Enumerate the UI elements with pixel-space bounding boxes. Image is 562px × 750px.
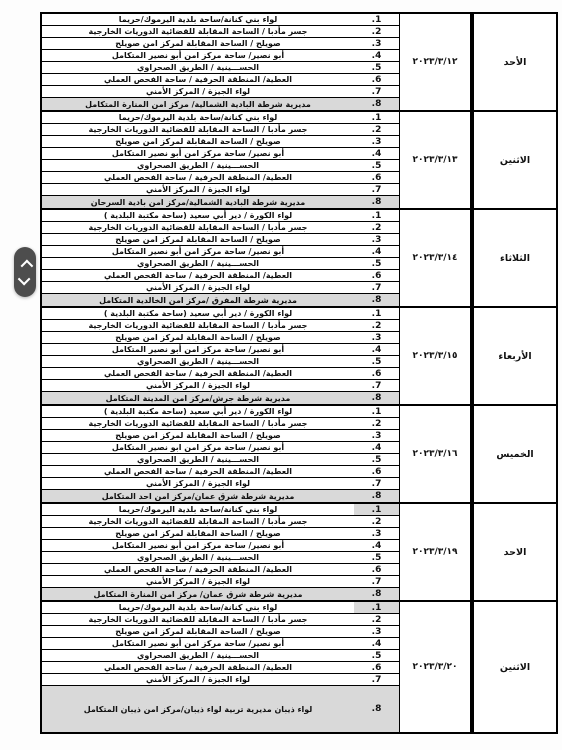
row-number: .3 bbox=[354, 332, 400, 344]
location-cell: العطية/ المنطقة الحرفية / ساحة الفحص الع… bbox=[42, 270, 354, 282]
schedule-table: الأحد٢٠٢٣/٣/١٢.1لواء بني كنانة/ساحة بلدي… bbox=[40, 12, 558, 734]
scroll-down-button[interactable] bbox=[19, 276, 31, 285]
row-number: .6 bbox=[354, 172, 400, 184]
row-number: .8 bbox=[354, 392, 400, 404]
row-number: .7 bbox=[354, 184, 400, 196]
location-cell: مديرية شرطة شرق عمان/مركز امن احد المتكا… bbox=[42, 490, 354, 502]
location-cell: لواء ذيبان مديرية تربية لواء ذيبان/مركز … bbox=[42, 686, 354, 732]
location-cell: صويلح / الساحة المقابلة لمركز امن صويلح bbox=[42, 136, 354, 148]
row-number: .6 bbox=[354, 662, 400, 674]
row-number: .2 bbox=[354, 26, 400, 38]
location-cell: لواء بني كنانة/ساحة بلدية اليرموك/حريما bbox=[42, 14, 354, 26]
row-number: .5 bbox=[354, 258, 400, 270]
row-number: .3 bbox=[354, 528, 400, 540]
row-number: .2 bbox=[354, 124, 400, 136]
location-cell: لواء الجيزة / المركز الأمني bbox=[42, 478, 354, 490]
row-number: .2 bbox=[354, 418, 400, 430]
location-cell: الحســـينية / الطريق الصحراوي bbox=[42, 650, 354, 662]
day-block: الاحد٢٠٢٣/٣/١٩.1لواء بني كنانة/ساحة بلدي… bbox=[42, 502, 556, 600]
row-number: .5 bbox=[354, 356, 400, 368]
location-cell: لواء الجيزة / المركز الأمني bbox=[42, 86, 354, 98]
date-cell: ٢٠٢٣/٣/١٢ bbox=[400, 14, 472, 110]
row-number: .3 bbox=[354, 626, 400, 638]
date-cell: ٢٠٢٣/٣/١٤ bbox=[400, 210, 472, 306]
location-cell: العطية/ المنطقة الحرفية / ساحة الفحص الع… bbox=[42, 172, 354, 184]
row-number: .4 bbox=[354, 50, 400, 62]
row-number: .5 bbox=[354, 650, 400, 662]
location-cell: جسر مأدبا / الساحة المقابلة للقضائية الد… bbox=[42, 222, 354, 234]
chevron-up-icon bbox=[20, 259, 33, 272]
row-number: .1 bbox=[354, 504, 400, 516]
row-number: .6 bbox=[354, 270, 400, 282]
row-number: .6 bbox=[354, 466, 400, 478]
location-cell: الحســـينية / الطريق الصحراوي bbox=[42, 258, 354, 270]
location-cell: لواء الجيزة / المركز الأمني bbox=[42, 282, 354, 294]
row-number: .1 bbox=[354, 14, 400, 26]
row-number: .4 bbox=[354, 344, 400, 356]
row-number: .8 bbox=[354, 196, 400, 208]
row-number: .8 bbox=[354, 490, 400, 502]
location-cell: مديرية شرطة البادية الشمالية/ مركز امن ا… bbox=[42, 98, 354, 110]
row-number: .6 bbox=[354, 368, 400, 380]
location-cell: لواء الجيزة / المركز الأمني bbox=[42, 184, 354, 196]
location-cell: صويلح / الساحة المقابلة لمركز امن صويلح bbox=[42, 528, 354, 540]
day-block: الأحد٢٠٢٣/٣/١٢.1لواء بني كنانة/ساحة بلدي… bbox=[42, 14, 556, 110]
location-cell: صويلح / الساحة المقابلة لمركز امن صويلح bbox=[42, 332, 354, 344]
row-number: .1 bbox=[354, 210, 400, 222]
row-number: .1 bbox=[354, 308, 400, 320]
location-cell: الحســـينية / الطريق الصحراوي bbox=[42, 160, 354, 172]
location-cell: العطية/ المنطقة الحرفية / ساحة الفحص الع… bbox=[42, 368, 354, 380]
row-number: .3 bbox=[354, 430, 400, 442]
location-cell: الحســـينية / الطريق الصحراوي bbox=[42, 454, 354, 466]
day-cell: الخميس bbox=[472, 406, 556, 502]
location-cell: صويلح / الساحة المقابلة لمركز امن صويلح bbox=[42, 38, 354, 50]
row-number: .5 bbox=[354, 160, 400, 172]
row-number: .7 bbox=[354, 86, 400, 98]
location-cell: لواء الجيزة / المركز الأمني bbox=[42, 576, 354, 588]
row-number: .2 bbox=[354, 516, 400, 528]
row-number: .1 bbox=[354, 602, 400, 614]
row-number: .8 bbox=[354, 294, 400, 306]
row-number: .6 bbox=[354, 74, 400, 86]
location-cell: أبو نصير/ ساحة مركز امن أبو نصير المتكام… bbox=[42, 540, 354, 552]
location-cell: مديرية شرطة جرش/مركز امن المدينة المتكام… bbox=[42, 392, 354, 404]
date-cell: ٢٠٢٣/٣/١٥ bbox=[400, 308, 472, 404]
location-cell: جسر مأدبا / الساحة المقابلة للقضائية الد… bbox=[42, 614, 354, 626]
row-number: .7 bbox=[354, 674, 400, 686]
location-cell: لواء بني كنانة/ساحة بلدية اليرموك/حريما bbox=[42, 504, 354, 516]
location-cell: مديرية شرطة البادية الشمالية/مركز امن با… bbox=[42, 196, 354, 208]
scroll-up-button[interactable] bbox=[19, 260, 31, 269]
location-cell: جسر مأدبا / الساحة المقابلة للقضائية الد… bbox=[42, 124, 354, 136]
location-cell: الحســـينية / الطريق الصحراوي bbox=[42, 62, 354, 74]
row-number: .8 bbox=[354, 686, 400, 732]
location-cell: الحســـينية / الطريق الصحراوي bbox=[42, 552, 354, 564]
location-cell: جسر مأدبا / الساحة المقابلة للقضائية الد… bbox=[42, 320, 354, 332]
location-cell: العطية/ المنطقة الحرفية / ساحة الفحص الع… bbox=[42, 564, 354, 576]
row-number: .2 bbox=[354, 222, 400, 234]
row-number: .2 bbox=[354, 320, 400, 332]
location-cell: جسر مأدبا / الساحة المقابلة للقضائية الد… bbox=[42, 26, 354, 38]
location-cell: الحســـينية / الطريق الصحراوي bbox=[42, 356, 354, 368]
row-number: .5 bbox=[354, 552, 400, 564]
row-number: .7 bbox=[354, 282, 400, 294]
location-cell: أبو نصير/ ساحة مركز امن ابو نصير المتكام… bbox=[42, 442, 354, 454]
row-number: .3 bbox=[354, 234, 400, 246]
location-cell: أبو نصير/ ساحة مركز امن أبو نصير المتكام… bbox=[42, 148, 354, 160]
day-cell: الأربعاء bbox=[472, 308, 556, 404]
day-cell: الأحد bbox=[472, 14, 556, 110]
location-cell: جسر مأدبا / الساحة المقابلة للقضائية الد… bbox=[42, 418, 354, 430]
row-number: .8 bbox=[354, 588, 400, 600]
row-number: .4 bbox=[354, 540, 400, 552]
location-cell: أبو نصير/ ساحة مركز امن أبو نصير المتكام… bbox=[42, 344, 354, 356]
scroll-widget bbox=[14, 247, 36, 297]
location-cell: صويلح / الساحة المقابلة لمركز امن صويلح bbox=[42, 626, 354, 638]
row-number: .1 bbox=[354, 112, 400, 124]
row-number: .4 bbox=[354, 638, 400, 650]
location-cell: أبو نصير/ ساحة مركز امن أبو نصير المتكام… bbox=[42, 50, 354, 62]
location-cell: العطية/ المنطقة الحرفية / ساحة الفحص الع… bbox=[42, 662, 354, 674]
date-cell: ٢٠٢٣/٣/١٦ bbox=[400, 406, 472, 502]
day-block: الاثنين٢٠٢٣/٣/٢٠.1لواء بني كنانة/ساحة بل… bbox=[42, 600, 556, 732]
row-number: .7 bbox=[354, 576, 400, 588]
chevron-down-icon bbox=[17, 272, 30, 285]
location-cell: لواء بني كنانة/ساحة بلدية اليرموك/حريما bbox=[42, 602, 354, 614]
location-cell: لواء الكورة / دير أبي سعيد (ساحة مكتبة ا… bbox=[42, 406, 354, 418]
location-cell: أبو نصير/ ساحة مركز امن أبو نصير المتكام… bbox=[42, 246, 354, 258]
row-number: .5 bbox=[354, 62, 400, 74]
location-cell: العطية/ المنطقة الحرفية / ساحة الفحص الع… bbox=[42, 466, 354, 478]
day-block: الخميس٢٠٢٣/٣/١٦.1لواء الكورة / دير أبي س… bbox=[42, 404, 556, 502]
row-number: .7 bbox=[354, 380, 400, 392]
row-number: .8 bbox=[354, 98, 400, 110]
location-cell: مديرية شرطة المفرق /مركز امن الخالدية ال… bbox=[42, 294, 354, 306]
day-block: الاثنين٢٠٢٣/٣/١٣.1لواء بني كنانة/ساحة بل… bbox=[42, 110, 556, 208]
location-cell: صويلح / الساحة المقابلة لمركز امن صويلح bbox=[42, 430, 354, 442]
day-cell: الاثنين bbox=[472, 112, 556, 208]
day-cell: الاثنين bbox=[472, 602, 556, 732]
row-number: .3 bbox=[354, 38, 400, 50]
row-number: .4 bbox=[354, 246, 400, 258]
day-block: الثلاثاء٢٠٢٣/٣/١٤.1لواء الكورة / دير أبي… bbox=[42, 208, 556, 306]
row-number: .4 bbox=[354, 442, 400, 454]
location-cell: لواء بني كنانة/ساحة بلدية اليرموك/حريما bbox=[42, 112, 354, 124]
row-number: .1 bbox=[354, 406, 400, 418]
location-cell: لواء الجيزة / المركز الأمني bbox=[42, 674, 354, 686]
day-cell: الثلاثاء bbox=[472, 210, 556, 306]
date-cell: ٢٠٢٣/٣/٢٠ bbox=[400, 602, 472, 732]
location-cell: جسر مأدبا / الساحة المقابلة للقضائية الد… bbox=[42, 516, 354, 528]
row-number: .5 bbox=[354, 454, 400, 466]
row-number: .3 bbox=[354, 136, 400, 148]
row-number: .6 bbox=[354, 564, 400, 576]
location-cell: مديرية شرطة شرق عمان/ مركز امن المنارة ا… bbox=[42, 588, 354, 600]
location-cell: لواء الجيزة / المركز الأمني bbox=[42, 380, 354, 392]
location-cell: أبو نصير/ ساحة مركز امن أبو نصير المتكام… bbox=[42, 638, 354, 650]
row-number: .4 bbox=[354, 148, 400, 160]
day-block: الأربعاء٢٠٢٣/٣/١٥.1لواء الكورة / دير أبي… bbox=[42, 306, 556, 404]
location-cell: لواء الكورة / دير أبي سعيد (ساحة مكتبة ا… bbox=[42, 308, 354, 320]
row-number: .2 bbox=[354, 614, 400, 626]
location-cell: صويلح / الساحة المقابلة لمركز امن صويلح bbox=[42, 234, 354, 246]
row-number: .7 bbox=[354, 478, 400, 490]
date-cell: ٢٠٢٣/٣/١٩ bbox=[400, 504, 472, 600]
location-cell: لواء الكورة / دير أبي سعيد (ساحة مكتبة ا… bbox=[42, 210, 354, 222]
date-cell: ٢٠٢٣/٣/١٣ bbox=[400, 112, 472, 208]
day-cell: الاحد bbox=[472, 504, 556, 600]
location-cell: العطية/ المنطقة الحرفية / ساحة الفحص الع… bbox=[42, 74, 354, 86]
